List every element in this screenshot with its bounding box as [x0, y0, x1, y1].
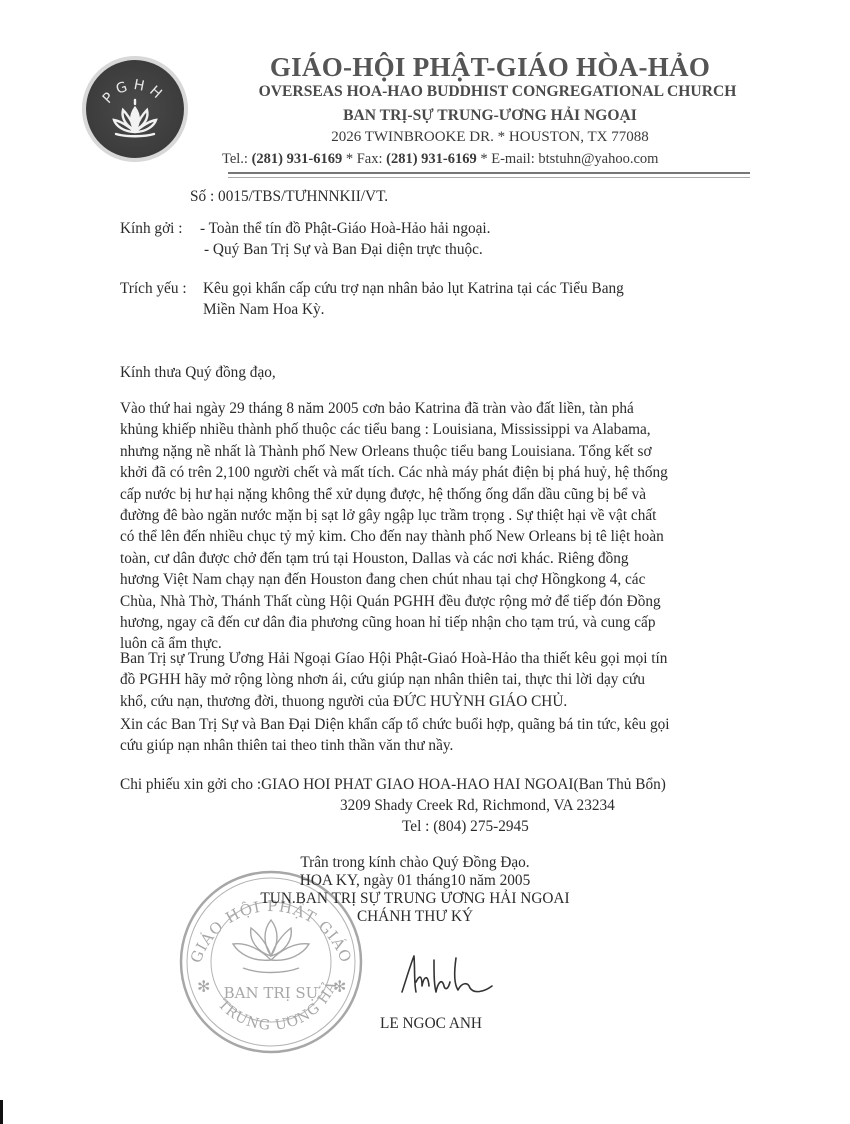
- salutation: Kính thưa Quý đồng đạo,: [120, 362, 276, 383]
- org-name-english: OVERSEAS HOA-HAO BUDDHIST CONGREGATIONAL…: [215, 83, 780, 101]
- paragraph-line: hương Việt Nam chạy nạn đến Houston đang…: [120, 569, 760, 590]
- scan-edge-mark: [0, 1100, 3, 1124]
- cheque-payee: Chi phiếu xin gởi cho :GIAO HOI PHAT GIA…: [120, 774, 666, 795]
- reference-number: Số : 0015/TBS/TƯHNNKII/VT.: [190, 186, 388, 207]
- recipients-list: - Toàn thể tín đồ Phật-Giáo Hoà-Hảo hải …: [200, 218, 491, 261]
- paragraph-line: Chùa, Nhà Thờ, Thánh Thất cùng Hội Quán …: [120, 591, 760, 612]
- letterhead-rule: [228, 172, 750, 174]
- svg-text:✻: ✻: [197, 977, 210, 996]
- fax-label: * Fax:: [346, 151, 383, 167]
- email-label: * E-mail:: [480, 151, 534, 167]
- paragraph-line: cấp nước bị hư hại nặng không thể xử dụn…: [120, 484, 760, 505]
- subject-line: Kêu gọi khẩn cấp cứu trợ nạn nhân bảo lụ…: [203, 278, 624, 299]
- paragraph-line: Ban Trị sự Trung Ương Hải Ngoại Gíao Hội…: [120, 648, 760, 669]
- signer-name: LE NGOC ANH: [380, 1013, 482, 1034]
- svg-text:✻: ✻: [333, 977, 346, 996]
- svg-text:BAN TRỊ SỰ: BAN TRỊ SỰ: [224, 984, 321, 1002]
- org-address: 2026 TWINBROOKE DR. * HOUSTON, TX 77088: [230, 129, 750, 146]
- cheque-phone: Tel : (804) 275-2945: [402, 816, 529, 837]
- tel-number: (281) 931-6169: [252, 151, 343, 167]
- subject-label: Trích yếu :: [120, 278, 187, 299]
- subject-line: Miền Nam Hoa Kỳ.: [203, 299, 624, 320]
- paragraph-line: đường đê bào ngăn nước mặn bị sạt lở gây…: [120, 505, 760, 526]
- paragraph-line: khổ, cứu nạn, thương đời, thuong người c…: [120, 691, 760, 712]
- recipients-label: Kính gởi :: [120, 218, 182, 239]
- paragraph-line: hương, ngay cã đến cư dân đia phương cũn…: [120, 612, 760, 633]
- paragraph-line: toàn, cư dân được chở đến tạm trú tại Ho…: [120, 548, 760, 569]
- org-title: GIÁO-HỘI PHẬT-GIÁO HÒA-HẢO: [230, 52, 750, 83]
- cheque-address: 3209 Shady Creek Rd, Richmond, VA 23234: [340, 795, 615, 816]
- handwritten-signature: [398, 952, 498, 1000]
- paragraph-katrina: Vào thứ hai ngày 29 tháng 8 năm 2005 cơn…: [120, 398, 760, 655]
- paragraph-line: đồ PGHH hãy mở rộng lòng nhơn ái, cứu gi…: [120, 669, 760, 690]
- paragraph-request: Xin các Ban Trị Sự và Ban Đại Diện khẩn …: [120, 714, 760, 757]
- paragraph-line: cứu giúp nạn nhân thiên tai theo tinh th…: [120, 735, 760, 756]
- paragraph-line: Xin các Ban Trị Sự và Ban Đại Diện khẩn …: [120, 714, 760, 735]
- letterhead-rule-thin: [228, 177, 750, 178]
- email-address: btstuhn@yahoo.com: [538, 151, 658, 167]
- recipient-line: - Quý Ban Trị Sự và Ban Đại diện trực th…: [200, 239, 491, 260]
- recipient-line: - Toàn thể tín đồ Phật-Giáo Hoà-Hảo hải …: [200, 218, 491, 239]
- tel-label: Tel.:: [222, 151, 248, 167]
- lotus-logo-icon: PGHH: [86, 60, 184, 158]
- fax-number: (281) 931-6169: [386, 151, 477, 167]
- org-contact: Tel.: (281) 931-6169 * Fax: (281) 931-61…: [222, 151, 762, 168]
- subject-text: Kêu gọi khẩn cấp cứu trợ nạn nhân bảo lụ…: [203, 278, 624, 321]
- paragraph-line: khủng khiếp nhiều thành phố thuộc các ti…: [120, 419, 760, 440]
- paragraph-line: nhưng nặng nề nhất là Thành phố New Orle…: [120, 441, 760, 462]
- pghh-logo: PGHH: [86, 60, 184, 158]
- paragraph-line: Vào thứ hai ngày 29 tháng 8 năm 2005 cơn…: [120, 398, 760, 419]
- closing-title: CHÁNH THƯ KÝ: [265, 906, 565, 927]
- paragraph-line: khởi đã có trên 2,100 người chết và mất …: [120, 462, 760, 483]
- org-name-vietnamese: BAN TRỊ-SỰ TRUNG-ƯƠNG HẢI NGOẠI: [230, 107, 750, 125]
- paragraph-appeal: Ban Trị sự Trung Ương Hải Ngoại Gíao Hội…: [120, 648, 760, 712]
- paragraph-line: có thể lên đến nhiều chục tỷ mỷ kim. Cho…: [120, 526, 760, 547]
